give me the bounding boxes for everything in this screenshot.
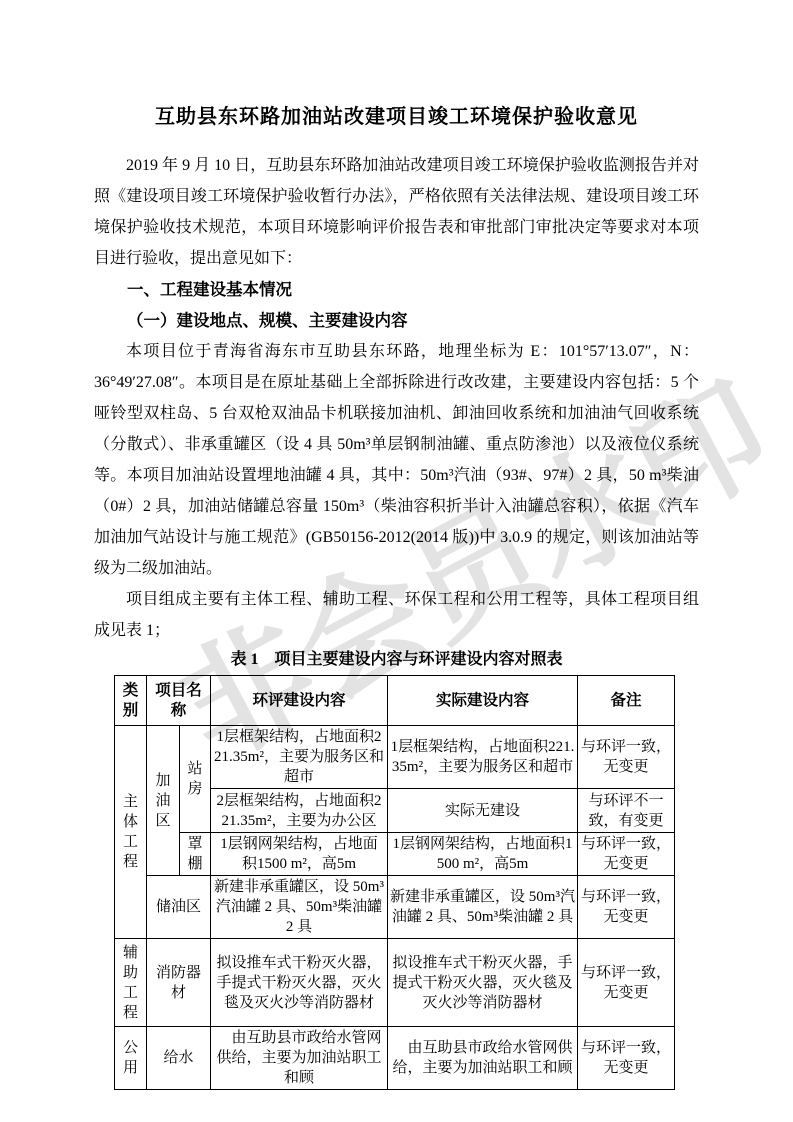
table-row: 辅助工程 消防器材 拟设推车式干粉灭火器，手提式干粉灭火器，灭火毯及灭火沙等消防… <box>115 939 675 1027</box>
table-row: 公用 给水 由互助县市政给水管网供给，主要为加油站职工和顾 由互助县市政给水管网… <box>115 1027 675 1090</box>
cell-eia: 新建非承重罐区，设 50m³汽油罐 2 具、50m³柴油罐 2 具 <box>211 876 388 939</box>
cell-sub-canopy: 罩棚 <box>180 833 211 876</box>
header-project-name: 项目名称 <box>147 676 211 726</box>
header-category: 类别 <box>115 676 147 726</box>
cell-actual: 1层框架结构，占地面积221.35m²，主要为服务区和超市 <box>388 726 578 789</box>
section-heading: 一、工程建设基本情况 <box>94 274 699 305</box>
cell-group-fueling-area: 加油区 <box>147 726 180 876</box>
cell-remark: 与环评不一致，有变更 <box>578 789 675 833</box>
header-remark: 备注 <box>578 676 675 726</box>
cell-eia: 1层框架结构，占地面积221.35m²，主要为服务区和超市 <box>211 726 388 789</box>
comparison-table: 类别 项目名称 环评建设内容 实际建设内容 备注 主体工程 加油区 站房 1层框… <box>114 675 675 1090</box>
cell-sub-station-building: 站房 <box>180 726 211 833</box>
cell-remark: 与环评一致，无变更 <box>578 939 675 1027</box>
cell-actual: 实际无建设 <box>388 789 578 833</box>
page-title: 互助县东环路加油站改建项目竣工环境保护验收意见 <box>94 102 699 132</box>
paragraph-project-composition: 项目组成主要有主体工程、辅助工程、环保工程和公用工程等，具体工程项目组成见表 1… <box>94 584 699 646</box>
header-actual-content: 实际建设内容 <box>388 676 578 726</box>
cell-name-water-supply: 给水 <box>147 1027 211 1090</box>
table-row: 罩棚 1层钢网架结构，占地面积1500 m²，高5m 1层钢网架结构，占地面积1… <box>115 833 675 876</box>
cell-eia: 由互助县市政给水管网供给，主要为加油站职工和顾 <box>211 1027 388 1090</box>
header-eia-content: 环评建设内容 <box>211 676 388 726</box>
cell-actual: 1层钢网架结构，占地面积1500 m²，高5m <box>388 833 578 876</box>
document-page: 非会员水印 互助县东环路加油站改建项目竣工环境保护验收意见 2019 年 9 月… <box>0 0 793 1122</box>
cell-category-main-works: 主体工程 <box>115 726 147 939</box>
paragraph-location-scale: 本项目位于青海省海东市互助县东环路，地理坐标为 E：101°57′13.07″，… <box>94 336 699 584</box>
cell-actual: 拟设推车式干粉灭火器，手提式干粉灭火器，灭火毯及灭火沙等消防器材 <box>388 939 578 1027</box>
cell-name-oil-storage: 储油区 <box>147 876 211 939</box>
table-caption: 表 1 项目主要建设内容与环评建设内容对照表 <box>94 649 699 671</box>
cell-actual: 新建非承重罐区，设 50m³汽油罐 2 具、50m³柴油罐 2 具 <box>388 876 578 939</box>
cell-actual: 由互助县市政给水管网供给，主要为加油站职工和顾 <box>388 1027 578 1090</box>
table-header-row: 类别 项目名称 环评建设内容 实际建设内容 备注 <box>115 676 675 726</box>
cell-eia: 1层钢网架结构，占地面积1500 m²，高5m <box>211 833 388 876</box>
cell-remark: 与环评一致，无变更 <box>578 833 675 876</box>
cell-eia: 拟设推车式干粉灭火器，手提式干粉灭火器，灭火毯及灭火沙等消防器材 <box>211 939 388 1027</box>
cell-category-auxiliary-works: 辅助工程 <box>115 939 147 1027</box>
table-row: 主体工程 加油区 站房 1层框架结构，占地面积221.35m²，主要为服务区和超… <box>115 726 675 789</box>
cell-eia: 2层框架结构，占地面积221.35m²，主要为办公区 <box>211 789 388 833</box>
document-content: 互助县东环路加油站改建项目竣工环境保护验收意见 2019 年 9 月 10 日，… <box>94 102 699 1090</box>
cell-remark: 与环评一致，无变更 <box>578 726 675 789</box>
cell-remark: 与环评一致，无变更 <box>578 1027 675 1090</box>
paragraph-intro: 2019 年 9 月 10 日，互助县东环路加油站改建项目竣工环境保护验收监测报… <box>94 150 699 274</box>
cell-name-fire-equipment: 消防器材 <box>147 939 211 1027</box>
cell-remark: 与环评一致，无变更 <box>578 876 675 939</box>
table-row: 储油区 新建非承重罐区，设 50m³汽油罐 2 具、50m³柴油罐 2 具 新建… <box>115 876 675 939</box>
subsection-heading: （一）建设地点、规模、主要建设内容 <box>94 305 699 336</box>
cell-category-public-works: 公用 <box>115 1027 147 1090</box>
